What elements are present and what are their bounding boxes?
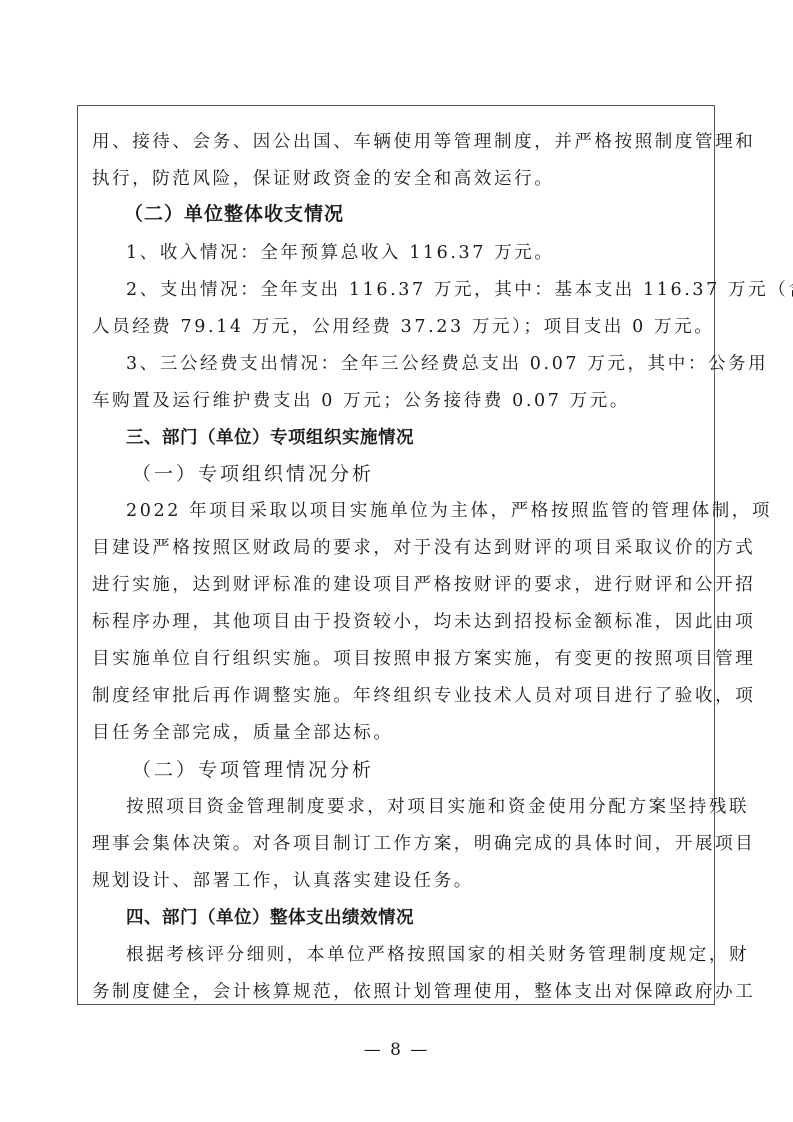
text-line: 3、三公经费支出情况：全年三公经费总支出 0.07 万元，其中：公务用 — [126, 350, 768, 375]
text-line: 1、收入情况：全年预算总收入 116.37 万元。 — [126, 239, 555, 264]
text-line: 车购置及运行维护费支出 0 万元；公务接待费 0.07 万元。 — [92, 387, 630, 412]
chapter-heading: 三、部门（单位）专项组织实施情况 — [126, 424, 414, 449]
chapter-heading: 四、部门（单位）整体支出绩效情况 — [126, 904, 414, 929]
text-line: 标程序办理，其他项目由于投资较小，均未达到招投标金额标准，因此由项 — [92, 608, 755, 633]
text-line: 目建设严格按照区财政局的要求，对于没有达到财评的项目采取议价的方式 — [92, 534, 755, 559]
content-frame: 用、接待、会务、因公出国、车辆使用等管理制度，并严格按照制度管理和 执行，防范风… — [77, 105, 715, 1005]
text-line: 2022 年项目采取以项目实施单位为主体，严格按照监管的管理体制，项 — [126, 497, 772, 522]
text-line: 人员经费 79.14 万元，公用经费 37.23 万元）；项目支出 0 万元。 — [92, 313, 714, 338]
text-line: 按照项目资金管理制度要求，对项目实施和资金使用分配方案坚持残联 — [126, 793, 749, 818]
section-heading: （二）单位整体收支情况 — [124, 199, 344, 226]
text-line: 目任务全部完成，质量全部达标。 — [92, 719, 394, 744]
text-line: 用、接待、会务、因公出国、车辆使用等管理制度，并严格按照制度管理和 — [92, 128, 755, 153]
text-line: 执行，防范风险，保证财政资金的安全和高效运行。 — [92, 165, 554, 190]
sub-heading: （二）专项管理情况分析 — [132, 755, 374, 782]
text-line: 规划设计、部署工作，认真落实建设任务。 — [92, 867, 474, 892]
sub-heading: （一）专项组织情况分析 — [132, 459, 374, 486]
text-line: 根据考核评分细则，本单位严格按照国家的相关财务管理制度规定，财 — [126, 941, 749, 966]
page-number: — 8 — — [0, 1040, 793, 1060]
text-line: 务制度健全，会计核算规范，依照计划管理使用，整体支出对保障政府办工 — [92, 978, 755, 1003]
text-line: 2、支出情况：全年支出 116.37 万元，其中：基本支出 116.37 万元（… — [126, 276, 793, 301]
text-line: 制度经审批后再作调整实施。年终组织专业技术人员对项目进行了验收，项 — [92, 682, 755, 707]
text-line: 进行实施，达到财评标准的建设项目严格按财评的要求，进行财评和公开招 — [92, 571, 755, 596]
text-line: 目实施单位自行组织实施。项目按照申报方案实施，有变更的按照项目管理 — [92, 645, 755, 670]
text-line: 理事会集体决策。对各项目制订工作方案，明确完成的具体时间，开展项目 — [92, 830, 755, 855]
